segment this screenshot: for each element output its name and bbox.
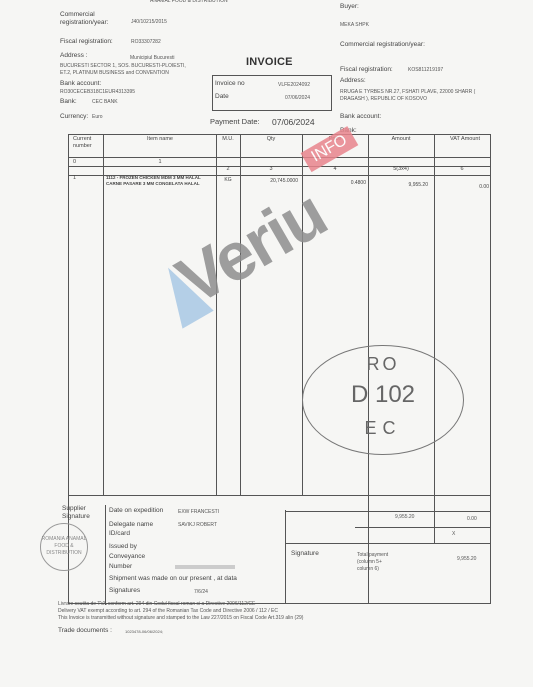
total-value: 9,955.20 [457,556,476,562]
row-mu: KG [216,177,240,183]
row-divider [68,495,491,496]
shipment-text: Shipment was made on our present , at da… [109,575,237,582]
footer-divider [105,505,106,605]
redacted-number [175,565,235,571]
buyer-address-label: Address: [340,77,366,84]
supplier-address-line2: ET.2, PLATINUM BUSINESS and CONVENTION [60,70,169,76]
supplier-address-line1: BUCURESTI SECTOR 1, SOS. BUCURESTI-PLOIE… [60,63,186,69]
index-5: 5(3x4) [368,166,434,172]
buyer-label: Buyer: [340,3,359,10]
buyer-fiscal-registration-label: Fiscal registration: [340,66,393,73]
total-label-line1: Total payment [357,552,388,558]
supplier-bank-account: RO30CECEB318C1EUR4313395 [60,89,135,95]
row-item-line1: 1112 - FROZEN CHICKEN MDM 3 MM HALAL [106,175,201,180]
row-amount: 9,955.20 [368,182,428,188]
row-item-line2: CARNE PASARE 3 MM CONGELATA HALAL [106,181,200,186]
issued-by-label: Issued by [109,543,137,550]
invoice-date-label: Date [215,93,229,100]
delegate-value: SAVIKJ ROBERT [178,522,217,528]
footer-divider [285,543,491,544]
header-item-name: Item name [104,136,216,142]
customs-stamp: RO D 102 EC [302,345,464,455]
x-mark: X [452,531,455,537]
invoice-page: ANAMAL FOOD & DISTRIBUTION Commercial re… [0,0,533,687]
signature-label: Signature [291,550,319,557]
payment-date: 07/06/2024 [272,117,315,127]
total-label-line3: column 6) [357,566,379,572]
note-line2: Delivery VAT exempt according to art. 29… [58,608,278,614]
footer-divider [285,511,491,512]
footer-divider [355,527,491,528]
invoice-number: VLFE2024092 [278,82,310,88]
delegate-label: Delegate name [109,521,153,528]
index-3: 3 [240,166,302,172]
customs-stamp-line3: EC [303,418,463,439]
col-divider [434,134,435,544]
buyer-fiscal-registration: KOS811219197 [408,67,443,73]
expedition-label: Date on expedition [109,507,163,514]
total-label-line2: (column 5+ [357,559,382,565]
expedition-value: EXW FRANCESTI [178,509,219,515]
supplier-signature-label: Supplier Signature [62,505,102,521]
signatures-label: Signatures [109,587,140,594]
row-price: 0.4800 [302,180,366,186]
payment-date-label: Payment Date: [210,117,260,126]
supplier-fiscal-registration: RO33307282 [131,39,161,45]
header-vat-amount: VAT Amount [440,136,490,143]
invoice-date: 07/06/2024 [285,95,310,101]
invoice-title: INVOICE [246,56,293,68]
col-divider [240,134,241,495]
footer-divider [285,510,286,604]
index-1: 1 [104,159,216,165]
note-line1: Livrare scutita de TVA conform art. 294 … [58,601,255,607]
supplier-currency: Euro [92,114,103,120]
supplier-address-label: Address : [60,52,87,59]
subtotal-amount: 9,955.20 [395,514,414,520]
row-vat: 0.00 [434,184,489,190]
index-0: 0 [73,159,76,165]
header-current-number: Current number [73,136,103,150]
customs-stamp-line2: D 102 [303,381,463,409]
supplier-name: ANAMAL FOOD & DISTRIBUTION [150,0,228,4]
company-stamp: ROMANIA ANAMAL FOOD & DISTRIBUTION [40,523,88,571]
buyer-name: MEKA SHPK [340,22,369,28]
row-divider [68,157,491,158]
col-divider [216,134,217,495]
invoice-number-label: Invoice no [215,80,245,87]
idcard-label: ID/card [109,530,130,537]
supplier-commercial-registration: J40/10215/2015 [131,19,167,25]
index-2: 2 [216,166,240,172]
supplier-bank-label: Bank: [60,98,77,105]
signatures-value: 7/6/24 [194,589,208,595]
trade-documents-label: Trade documents : [58,627,112,634]
buyer-address-line2: DRAGASH ), REPUBLIC OF KOSOVO [340,96,427,102]
customs-stamp-line1: RO [303,354,463,375]
header-qty: Qty [240,136,302,142]
supplier-commercial-registration-label: Commercial registration/year: [60,11,120,27]
note-line3: This Invoice is transmitted without sign… [58,615,303,621]
conveyance-label: Conveyance [109,553,145,560]
supplier-fiscal-registration-label: Fiscal registration: [60,38,113,45]
buyer-commercial-registration-label: Commercial registration/year: [340,41,425,48]
subtotal-vat: 0.00 [467,516,477,522]
buyer-bank-account-label: Bank account: [340,113,381,120]
number-label: Number [109,563,132,570]
row-number: 1 [73,175,76,181]
header-amount: Amount [368,136,434,142]
supplier-currency-label: Currency: [60,113,88,120]
col-divider [103,134,104,495]
index-6: 6 [434,166,490,172]
supplier-bank-account-label: Bank account: [60,80,101,87]
buyer-address-line1: RRUGA E TYRBES NR.27, FSHATI PLAVE, 2200… [340,89,475,95]
header-mu: M.U. [216,136,240,142]
trade-documents-value: 1023478-06/06/2024; [125,629,163,634]
supplier-address-city: Municipiul Bucuresti [130,55,174,61]
supplier-bank: CEC BANK [92,99,118,105]
